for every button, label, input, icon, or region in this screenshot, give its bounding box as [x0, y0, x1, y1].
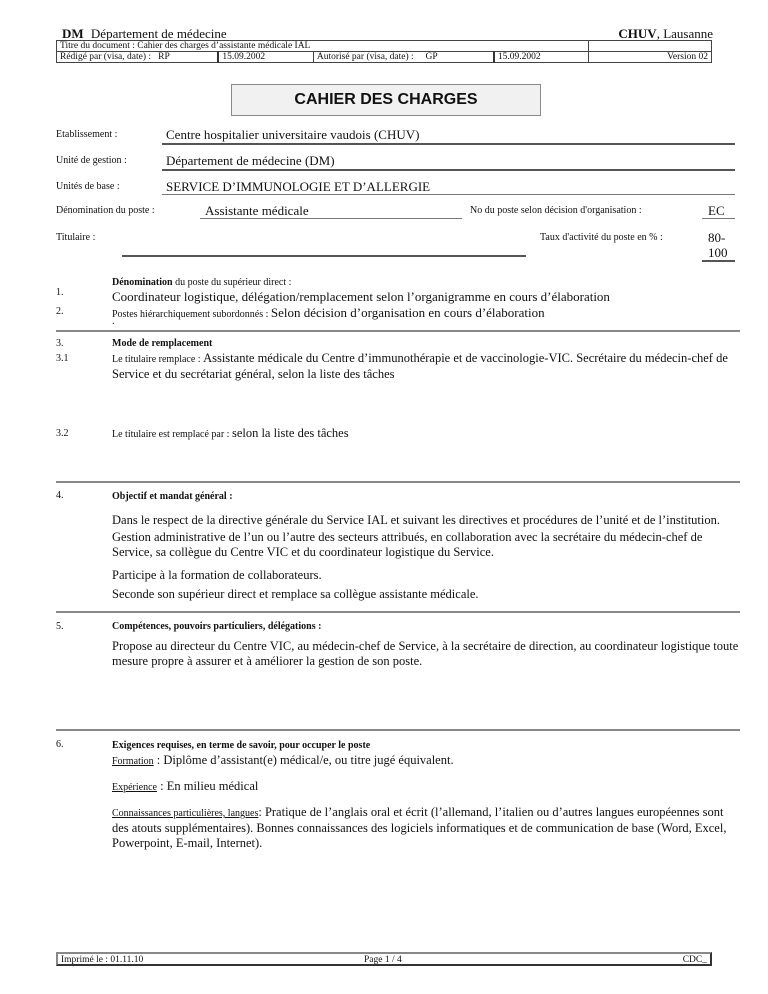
section-divider [56, 481, 740, 483]
section-divider [56, 611, 740, 613]
taux-value-line1: 80- [708, 230, 725, 246]
document-title-cell: Titre du document : Cahier des charges d… [57, 41, 589, 52]
formation-value: : Diplôme d’assistant(e) médical/e, ou t… [154, 753, 454, 767]
no-poste-underline [702, 218, 735, 219]
section-2-number: 2. [56, 306, 64, 317]
autorise-visa: GP [426, 52, 438, 62]
section-1-label-rest: du poste du supérieur direct : [173, 277, 292, 288]
unite-gestion-underline [162, 169, 735, 171]
section-3-number: 3. [56, 338, 64, 349]
section-3-1-text: Le titulaire remplace : Assistante médic… [112, 351, 742, 382]
department-name: Département de médecine [91, 26, 227, 41]
autorise-cell: Autorisé par (visa, date) : GP [313, 52, 494, 63]
section-5-paragraph-1: Propose au directeur du Centre VIC, au m… [112, 639, 742, 669]
section-3-2-text: Le titulaire est remplacé par : selon la… [112, 426, 742, 442]
empty-cell [589, 41, 712, 52]
section-1-label: Dénomination du poste du supérieur direc… [112, 277, 291, 288]
experience-label: Expérience [112, 782, 157, 793]
section-1-number: 1. [56, 287, 64, 298]
section-4-number: 4. [56, 490, 64, 501]
no-poste-label: No du poste selon décision d'organisatio… [470, 205, 642, 216]
section-3-1-number: 3.1 [56, 353, 69, 364]
section-4-paragraph-1: Dans le respect de la directive générale… [112, 513, 742, 528]
denomination-label: Dénomination du poste : [56, 205, 155, 216]
printed-date: Imprimé le : 01.11.10 [61, 954, 143, 966]
redige-visa: RP [158, 52, 170, 62]
section-3-title: Mode de remplacement [112, 338, 212, 349]
redige-cell: Rédigé par (visa, date) : RP [57, 52, 219, 63]
taux-label: Taux d'activité du poste en % : [540, 232, 663, 243]
autorise-label: Autorisé par (visa, date) : [317, 52, 414, 62]
redige-label: Rédigé par (visa, date) : [60, 52, 151, 62]
titulaire-label: Titulaire : [56, 232, 95, 243]
organization-city: , Lausanne [657, 26, 713, 41]
taux-value-line2: 100 [708, 245, 728, 261]
section-3-2-number: 3.2 [56, 428, 69, 439]
section-2-dot: . [112, 316, 115, 327]
page-footer: Imprimé le : 01.11.10 Page 1 / 4 CDC_ [56, 952, 712, 966]
section-6-formation: Formation : Diplôme d’assistant(e) médic… [112, 753, 742, 769]
etablissement-label: Etablissement : [56, 129, 117, 140]
taux-underline [702, 260, 735, 262]
denomination-underline [200, 218, 462, 219]
section-6-number: 6. [56, 739, 64, 750]
section-3-2-value: selon la liste des tâches [232, 426, 349, 440]
document-code: CDC_ [683, 954, 707, 966]
no-poste-value: EC [708, 203, 725, 219]
unites-base-underline [162, 194, 735, 195]
document-meta-table: Titre du document : Cahier des charges d… [56, 40, 712, 63]
section-6-title: Exigences requises, en terme de savoir, … [112, 740, 370, 751]
section-6-experience: Expérience : En milieu médical [112, 779, 742, 795]
formation-label: Formation [112, 756, 154, 767]
section-2-line: Postes hiérarchiquement subordonnés : Se… [112, 304, 545, 322]
section-2-value: Selon décision d’organisation en cours d… [271, 305, 545, 320]
section-3-1-value: Assistante médicale du Centre d’immunoth… [112, 351, 728, 381]
etablissement-underline [162, 143, 735, 145]
unites-base-value: SERVICE D’IMMUNOLOGIE ET D’ALLERGIE [166, 179, 430, 195]
section-divider [56, 330, 740, 332]
connaissances-label: Connaissances particulières, langues [112, 808, 258, 819]
unites-base-label: Unités de base : [56, 181, 120, 192]
section-5-title: Compétences, pouvoirs particuliers, délé… [112, 621, 321, 632]
section-3-2-label: Le titulaire est remplacé par : [112, 429, 232, 440]
autorise-date: 15.09.2002 [494, 52, 589, 63]
etablissement-value: Centre hospitalier universitaire vaudois… [166, 127, 419, 143]
section-1-value: Coordinateur logistique, délégation/remp… [112, 289, 610, 305]
organization-abbr: CHUV [618, 26, 656, 41]
denomination-value: Assistante médicale [205, 203, 309, 219]
section-3-1-label: Le titulaire remplace : [112, 354, 203, 365]
section-1-label-bold: Dénomination [112, 277, 173, 288]
version-cell: Version 02 [589, 52, 712, 63]
section-6-connaissances: Connaissances particulières, langues: Pr… [112, 805, 742, 851]
unite-gestion-label: Unité de gestion : [56, 155, 127, 166]
section-divider [56, 729, 740, 731]
section-4-paragraph-4: Seconde son supérieur direct et remplace… [112, 587, 742, 602]
page-number: Page 1 / 4 [364, 954, 402, 966]
section-4-title: Objectif et mandat général : [112, 491, 233, 502]
titulaire-underline [122, 255, 526, 257]
experience-value: : En milieu médical [157, 779, 258, 793]
section-4-paragraph-2: Gestion administrative de l’un ou l’autr… [112, 530, 742, 560]
section-5-number: 5. [56, 621, 64, 632]
page-title: CAHIER DES CHARGES [231, 84, 541, 116]
unite-gestion-value: Département de médecine (DM) [166, 153, 335, 169]
section-2-label: Postes hiérarchiquement subordonnés : [112, 309, 271, 320]
section-4-paragraph-3: Participe à la formation de collaborateu… [112, 568, 742, 583]
redige-date: 15.09.2002 [218, 52, 313, 63]
department-abbr: DM [62, 26, 84, 41]
